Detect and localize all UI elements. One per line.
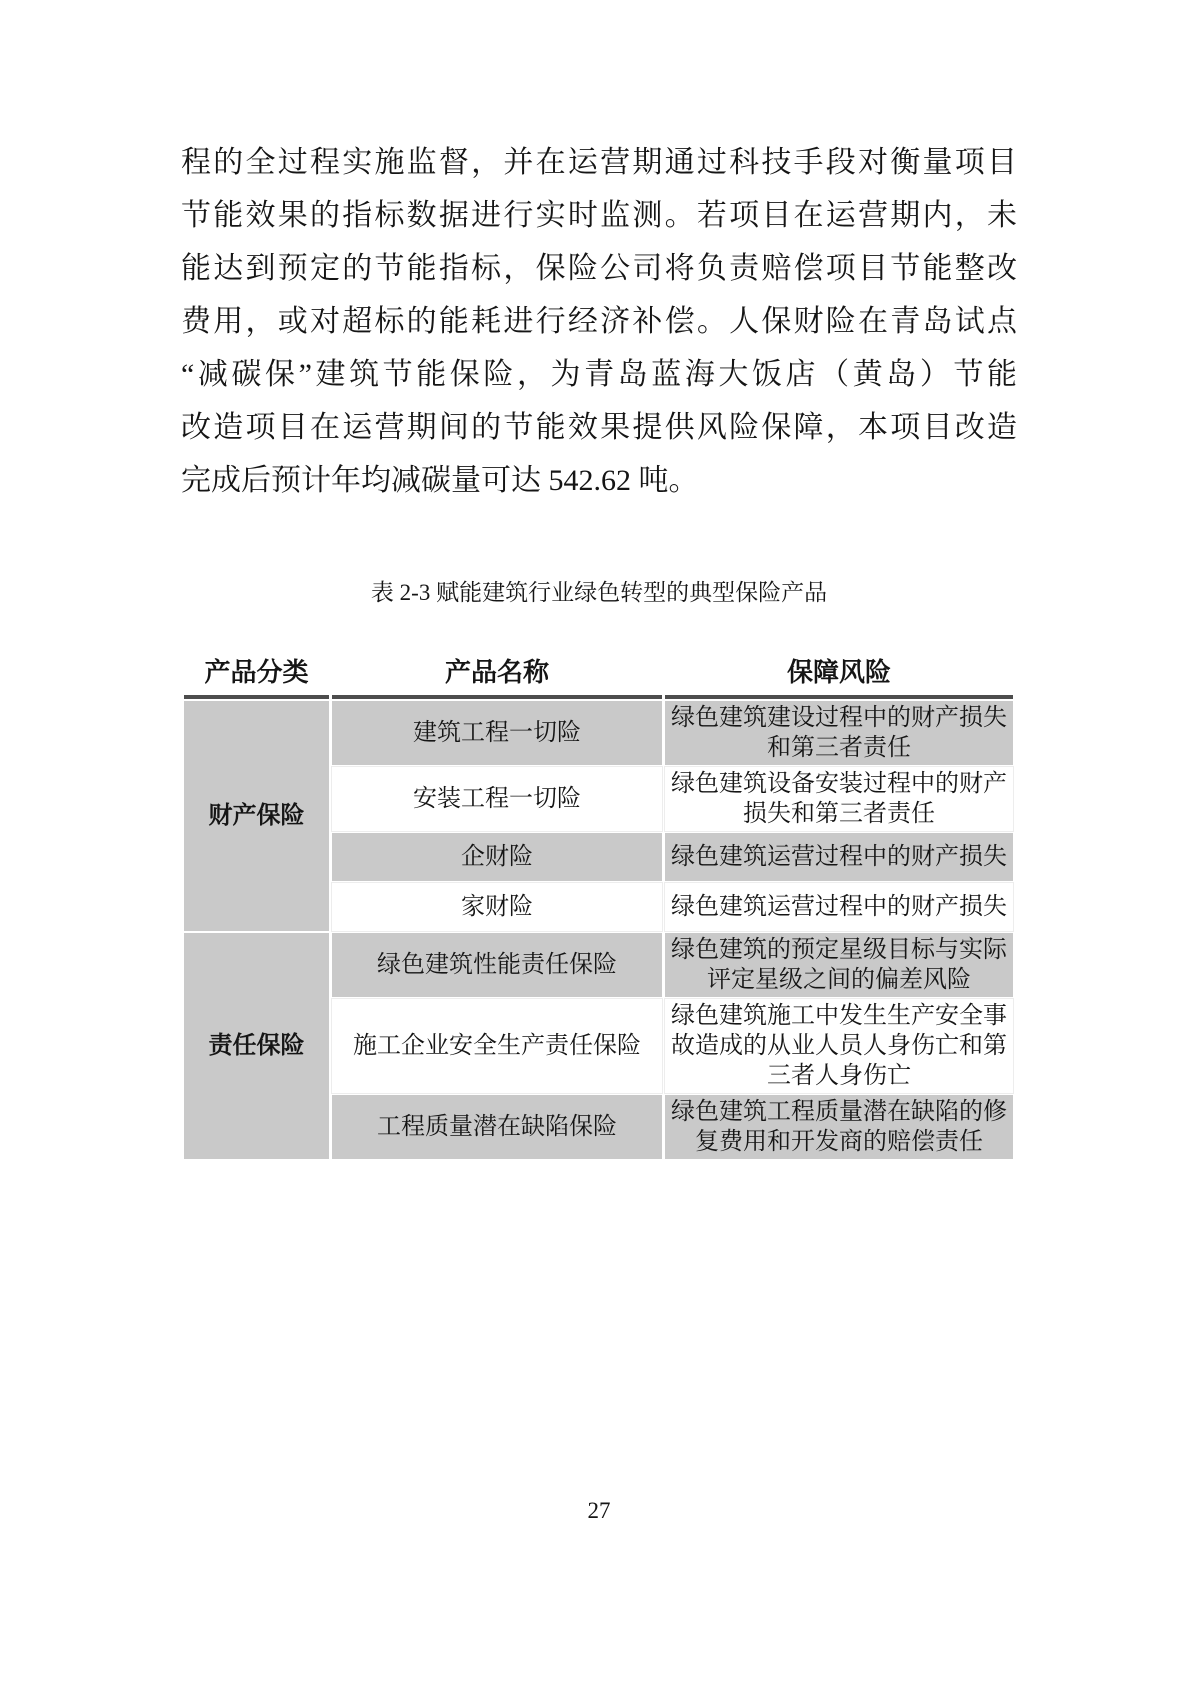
risk-cell: 绿色建筑工程质量潜在缺陷的修复费用和开发商的赔偿责任 [665, 1095, 1013, 1159]
paragraph-line-6: 改造项目在运营期间的节能效果提供风险保障，本项目改造 [181, 401, 1017, 454]
paragraph-line-2: 节能效果的指标数据进行实时监测。若项目在运营期内，未 [181, 189, 1017, 242]
risk-cell: 绿色建筑运营过程中的财产损失 [665, 883, 1013, 931]
product-cell: 工程质量潜在缺陷保险 [332, 1095, 662, 1159]
product-cell: 安装工程一切险 [332, 767, 662, 831]
col-header-product: 产品名称 [332, 650, 662, 699]
table-row: 责任保险 绿色建筑性能责任保险 绿色建筑的预定星级目标与实际评定星级之间的偏差风… [184, 933, 1013, 997]
risk-cell: 绿色建筑的预定星级目标与实际评定星级之间的偏差风险 [665, 933, 1013, 997]
risk-cell: 绿色建筑建设过程中的财产损失和第三者责任 [665, 701, 1013, 765]
body-paragraph: 程的全过程实施监督，并在运营期通过科技手段对衡量项目 节能效果的指标数据进行实时… [181, 136, 1017, 507]
table-header-row: 产品分类 产品名称 保障风险 [184, 650, 1013, 699]
product-cell: 建筑工程一切险 [332, 701, 662, 765]
paragraph-line-1: 程的全过程实施监督，并在运营期通过科技手段对衡量项目 [181, 136, 1017, 189]
col-header-risk: 保障风险 [665, 650, 1013, 699]
category-cell-liability-insurance: 责任保险 [184, 933, 329, 1159]
risk-cell: 绿色建筑运营过程中的财产损失 [665, 833, 1013, 881]
paragraph-line-5: “减碳保”建筑节能保险，为青岛蓝海大饭店（黄岛）节能 [181, 348, 1017, 401]
table-caption: 表 2-3 赋能建筑行业绿色转型的典型保险产品 [181, 576, 1017, 610]
paragraph-line-7: 完成后预计年均减碳量可达 542.62 吨。 [181, 454, 1017, 507]
risk-cell: 绿色建筑施工中发生生产安全事故造成的从业人员人身伤亡和第三者人身伤亡 [665, 999, 1013, 1093]
insurance-products-table: 产品分类 产品名称 保障风险 财产保险 建筑工程一切险 绿色建筑建设过程中的财产… [181, 648, 1016, 1161]
table-row: 财产保险 建筑工程一切险 绿色建筑建设过程中的财产损失和第三者责任 [184, 701, 1013, 765]
page-number: 27 [181, 1498, 1017, 1524]
product-cell: 企财险 [332, 833, 662, 881]
product-cell: 施工企业安全生产责任保险 [332, 999, 662, 1093]
category-cell-property-insurance: 财产保险 [184, 701, 329, 931]
col-header-category: 产品分类 [184, 650, 329, 699]
risk-cell: 绿色建筑设备安装过程中的财产损失和第三者责任 [665, 767, 1013, 831]
product-cell: 家财险 [332, 883, 662, 931]
paragraph-line-4: 费用，或对超标的能耗进行经济补偿。人保财险在青岛试点 [181, 295, 1017, 348]
product-cell: 绿色建筑性能责任保险 [332, 933, 662, 997]
paragraph-line-3: 能达到预定的节能指标，保险公司将负责赔偿项目节能整改 [181, 242, 1017, 295]
